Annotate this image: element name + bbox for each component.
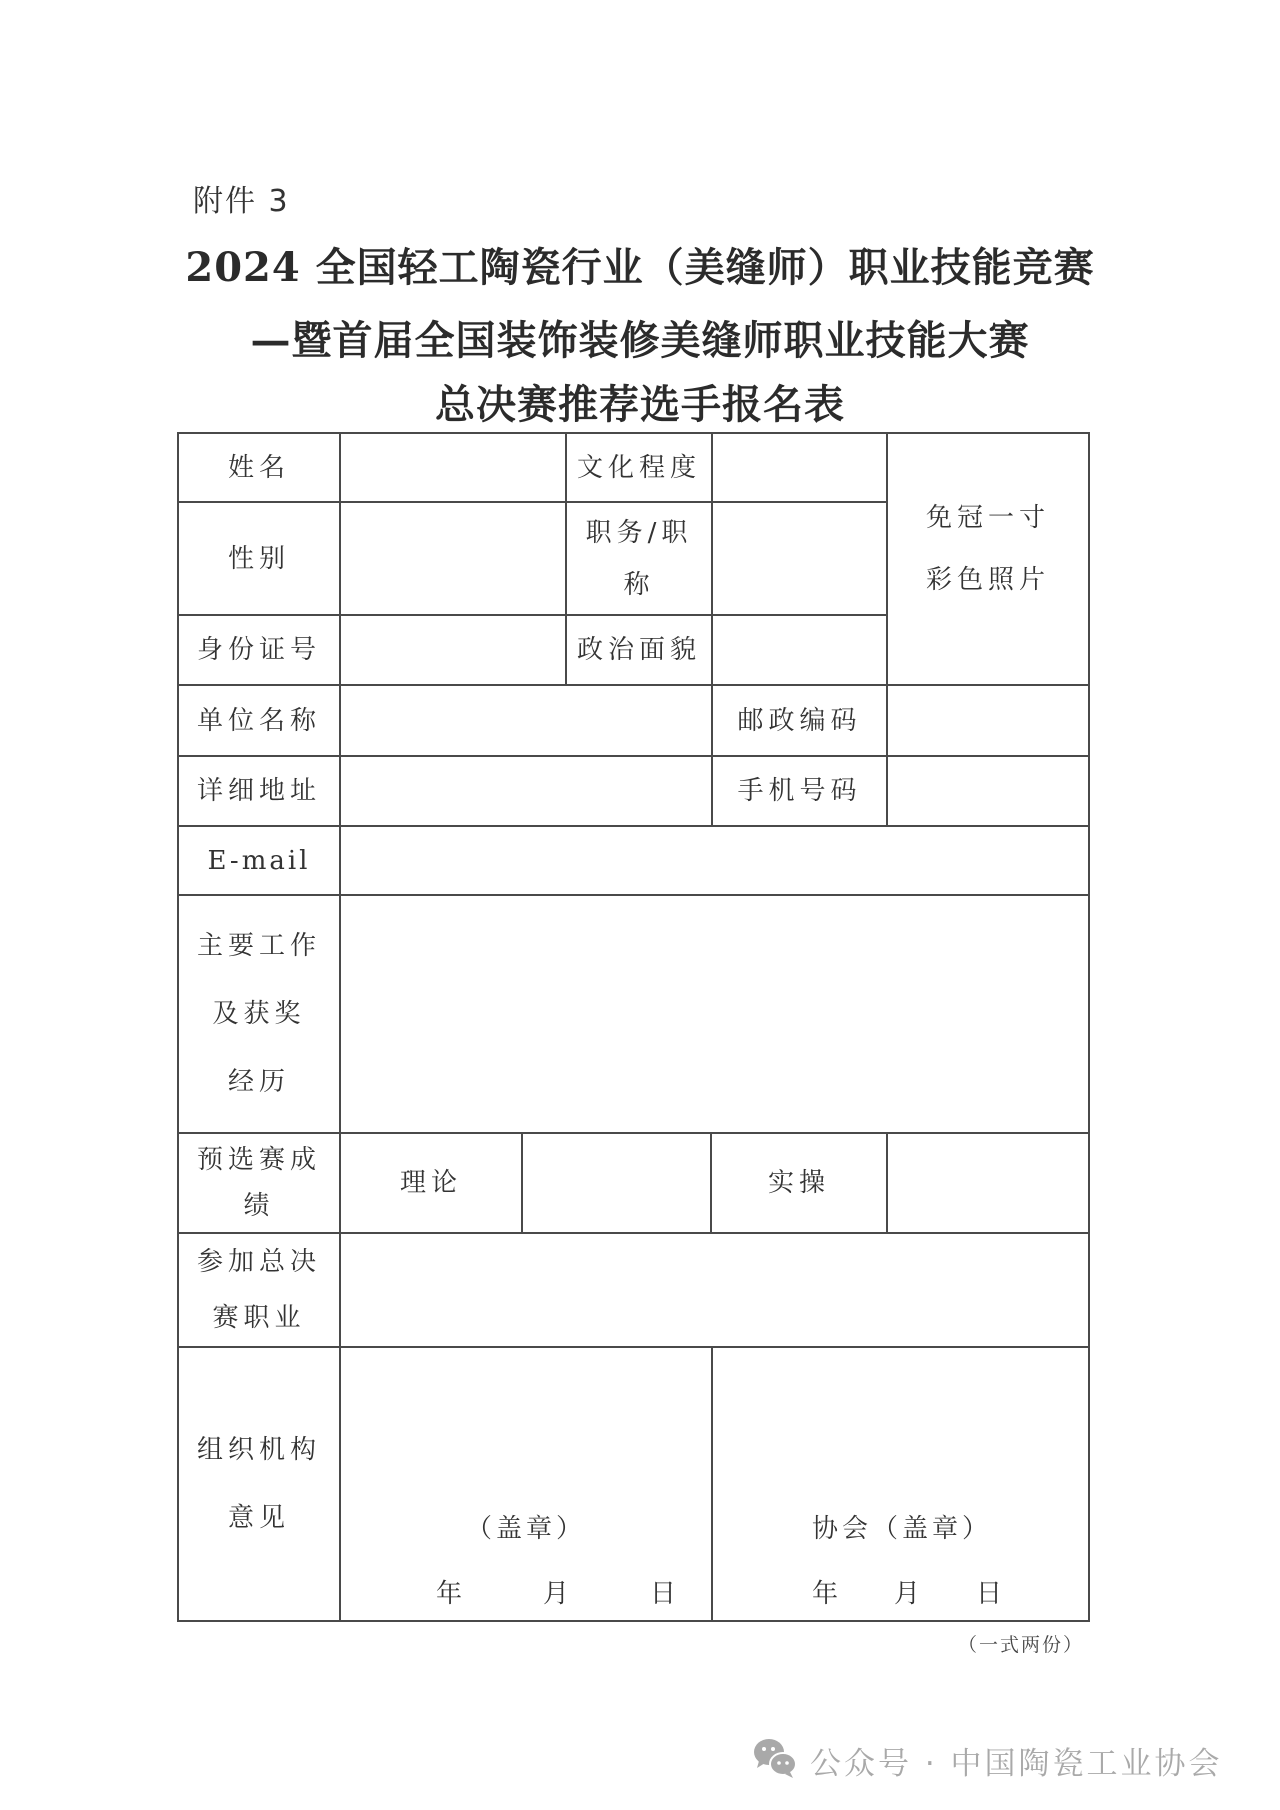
org-date-year: 年 xyxy=(436,1573,462,1610)
address-field[interactable] xyxy=(341,757,711,825)
title-line-1: 2024 全国轻工陶瓷行业（美缝师）职业技能竞赛 xyxy=(0,236,1280,293)
label-gender: 性别 xyxy=(179,503,339,614)
photo-label-line2: 彩色照片 xyxy=(926,567,1050,593)
label-address: 详细地址 xyxy=(179,757,339,825)
label-position-line1: 职务/职 xyxy=(586,520,693,546)
wechat-icon xyxy=(752,1737,798,1783)
practical-score-field[interactable] xyxy=(888,1134,1088,1232)
experience-field[interactable] xyxy=(341,896,1088,1132)
postal-code-field[interactable] xyxy=(888,686,1088,755)
name-field[interactable] xyxy=(341,434,565,501)
theory-score-field[interactable] xyxy=(523,1134,710,1232)
assoc-date-month: 月 xyxy=(894,1573,920,1610)
label-name: 姓名 xyxy=(179,434,339,501)
label-occupation: 参加总决 赛职业 xyxy=(179,1234,339,1346)
political-status-field[interactable] xyxy=(713,616,886,684)
org-seal-label: （盖章） xyxy=(341,1508,711,1545)
label-theory: 理论 xyxy=(341,1134,521,1232)
label-practical: 实操 xyxy=(712,1134,886,1232)
gender-field[interactable] xyxy=(341,503,565,614)
label-experience-line3: 经历 xyxy=(228,1069,290,1095)
label-occupation-line2: 赛职业 xyxy=(212,1305,305,1331)
label-org-opinion-line2: 意见 xyxy=(228,1505,290,1531)
mobile-field[interactable] xyxy=(888,757,1088,825)
employer-field[interactable] xyxy=(341,686,711,755)
email-field[interactable] xyxy=(341,827,1088,894)
label-postal-code: 邮政编码 xyxy=(713,686,886,755)
occupation-field[interactable] xyxy=(341,1234,1088,1346)
label-id-number: 身份证号 xyxy=(179,616,339,684)
education-field[interactable] xyxy=(713,434,886,501)
watermark: 公众号 · 中国陶瓷工业协会 xyxy=(752,1737,1223,1783)
assoc-date: 年 月 日 xyxy=(812,1573,1002,1610)
label-mobile: 手机号码 xyxy=(713,757,886,825)
label-prelim-score: 预选赛成 绩 xyxy=(179,1134,339,1232)
title-line-3: 总决赛推荐选手报名表 xyxy=(0,373,1280,430)
copies-note: （一式两份） xyxy=(958,1630,1084,1657)
label-email: E-mail xyxy=(179,827,339,894)
title-line-2: —暨首届全国装饰装修美缝师职业技能大赛 xyxy=(0,309,1280,366)
label-experience-line1: 主要工作 xyxy=(197,933,321,959)
org-date-day: 日 xyxy=(650,1573,676,1610)
table-border-right xyxy=(1088,432,1090,1622)
label-position-line2: 称 xyxy=(623,572,654,598)
position-field[interactable] xyxy=(713,503,886,614)
org-date: 年 月 日 xyxy=(436,1573,676,1610)
photo-box[interactable]: 免冠一寸 彩色照片 xyxy=(888,434,1088,684)
org-date-month: 月 xyxy=(543,1573,569,1610)
label-employer: 单位名称 xyxy=(179,686,339,755)
assoc-seal-label: 协会（盖章） xyxy=(812,1508,1012,1545)
label-experience-line2: 及获奖 xyxy=(212,1001,305,1027)
photo-label-line1: 免冠一寸 xyxy=(926,505,1050,531)
label-political-status: 政治面貌 xyxy=(567,616,711,684)
assoc-date-year: 年 xyxy=(812,1573,838,1610)
label-occupation-line1: 参加总决 xyxy=(197,1249,321,1275)
label-org-opinion-line1: 组织机构 xyxy=(197,1437,321,1463)
label-position: 职务/职 称 xyxy=(567,503,711,614)
label-experience: 主要工作 及获奖 经历 xyxy=(179,896,339,1132)
id-number-field[interactable] xyxy=(341,616,565,684)
assoc-date-day: 日 xyxy=(976,1573,1002,1610)
attachment-label: 附件 3 xyxy=(193,176,290,220)
label-prelim-line2: 绩 xyxy=(243,1193,274,1219)
table-border-bottom xyxy=(177,1620,1089,1622)
label-org-opinion: 组织机构 意见 xyxy=(179,1348,339,1620)
label-prelim-line1: 预选赛成 xyxy=(197,1147,321,1173)
label-education: 文化程度 xyxy=(567,434,711,501)
watermark-text: 公众号 · 中国陶瓷工业协会 xyxy=(810,1738,1223,1783)
